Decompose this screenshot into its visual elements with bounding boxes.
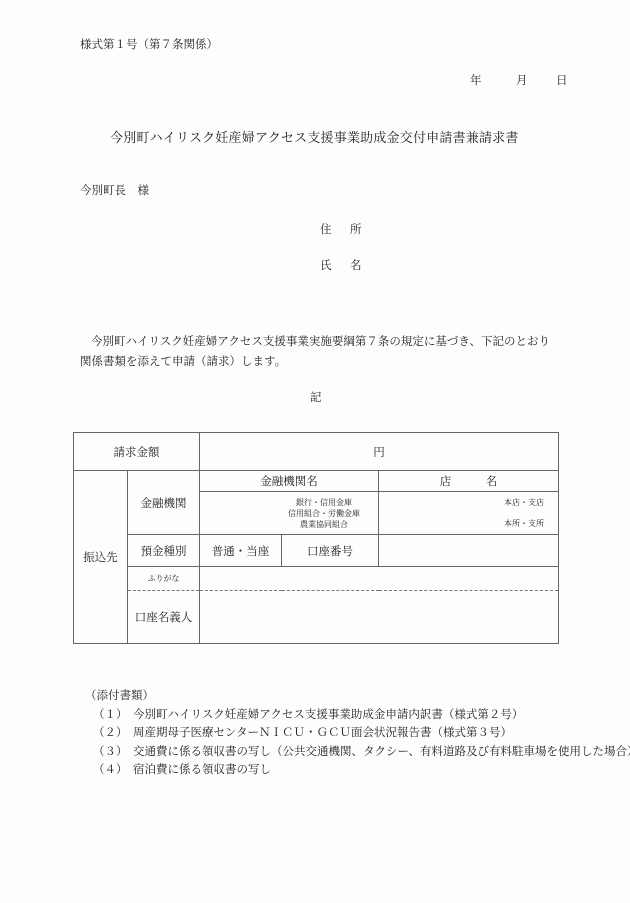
- bank-type-option: 信用組合・労働金庫: [200, 508, 378, 519]
- attachments-heading: （添付書類）: [85, 686, 630, 705]
- deposit-type-label: 預金種別: [128, 535, 200, 567]
- applicant-name-label: 氏名: [320, 257, 362, 273]
- account-holder-label: 口座名義人: [128, 591, 200, 644]
- attachment-item: （１）今別町ハイリスク妊産婦アクセス支援事業助成金申請内訳書（様式第２号）: [85, 705, 630, 724]
- furigana-label: ふりがな: [128, 567, 200, 591]
- addressee: 今別町長 様: [80, 182, 149, 198]
- form-number: 様式第１号（第７条関係）: [80, 36, 218, 52]
- branch-type-option: 本所・支所: [504, 518, 544, 529]
- attachments-list: （添付書類） （１）今別町ハイリスク妊産婦アクセス支援事業助成金申請内訳書（様式…: [85, 686, 630, 779]
- attachment-item: （３）交通費に係る領収書の写し（公共交通機関、タクシー、有料道路及び有料駐車場を…: [85, 742, 630, 761]
- account-number-field[interactable]: [379, 535, 559, 567]
- applicant-address-label: 住所: [320, 221, 362, 237]
- transfer-destination-label: 振込先: [74, 471, 128, 644]
- claim-amount-label: 請求金額: [74, 433, 200, 471]
- body-paragraph: 今別町ハイリスク妊産婦アクセス支援事業実施要綱第７条の規定に基づき、下記のとおり…: [80, 331, 560, 371]
- account-number-label: 口座番号: [282, 535, 379, 567]
- claim-amount-field[interactable]: 円: [200, 433, 559, 471]
- bank-label: 金融機関: [128, 471, 200, 535]
- transfer-form-table: 請求金額 円 振込先 金融機関 金融機関名 店 名 銀行・信用金庫 信用組合・労…: [73, 432, 559, 644]
- branch-name-header: 店 名: [379, 471, 559, 492]
- date-day-label: 日: [556, 72, 568, 88]
- attachment-item: （２）周産期母子医療センターＮＩＣＵ・ＧＣＵ面会状況報告書（様式第３号）: [85, 723, 630, 742]
- document-title: 今別町ハイリスク妊産婦アクセス支援事業助成金交付申請書兼請求書: [110, 127, 519, 146]
- bank-type-option: 農業協同組合: [200, 519, 378, 530]
- attachment-item: （４）宿泊費に係る領収書の写し: [85, 760, 630, 779]
- branch-name-field[interactable]: 本店・支店 本所・支所: [379, 492, 559, 535]
- branch-type-option: 本店・支店: [504, 497, 544, 508]
- bank-name-field[interactable]: 銀行・信用金庫 信用組合・労働金庫 農業協同組合: [200, 492, 379, 535]
- bank-name-header: 金融機関名: [200, 471, 379, 492]
- furigana-field[interactable]: [200, 567, 559, 591]
- account-holder-field[interactable]: [200, 591, 559, 644]
- date-year-label: 年: [470, 72, 516, 88]
- yen-unit: 円: [373, 445, 385, 459]
- bank-type-option: 銀行・信用金庫: [200, 497, 378, 508]
- date-month-label: 月: [516, 72, 556, 88]
- ki-label: 記: [310, 389, 322, 405]
- deposit-type-field[interactable]: 普通・当座: [200, 535, 282, 567]
- date-line: 年月日: [470, 72, 568, 88]
